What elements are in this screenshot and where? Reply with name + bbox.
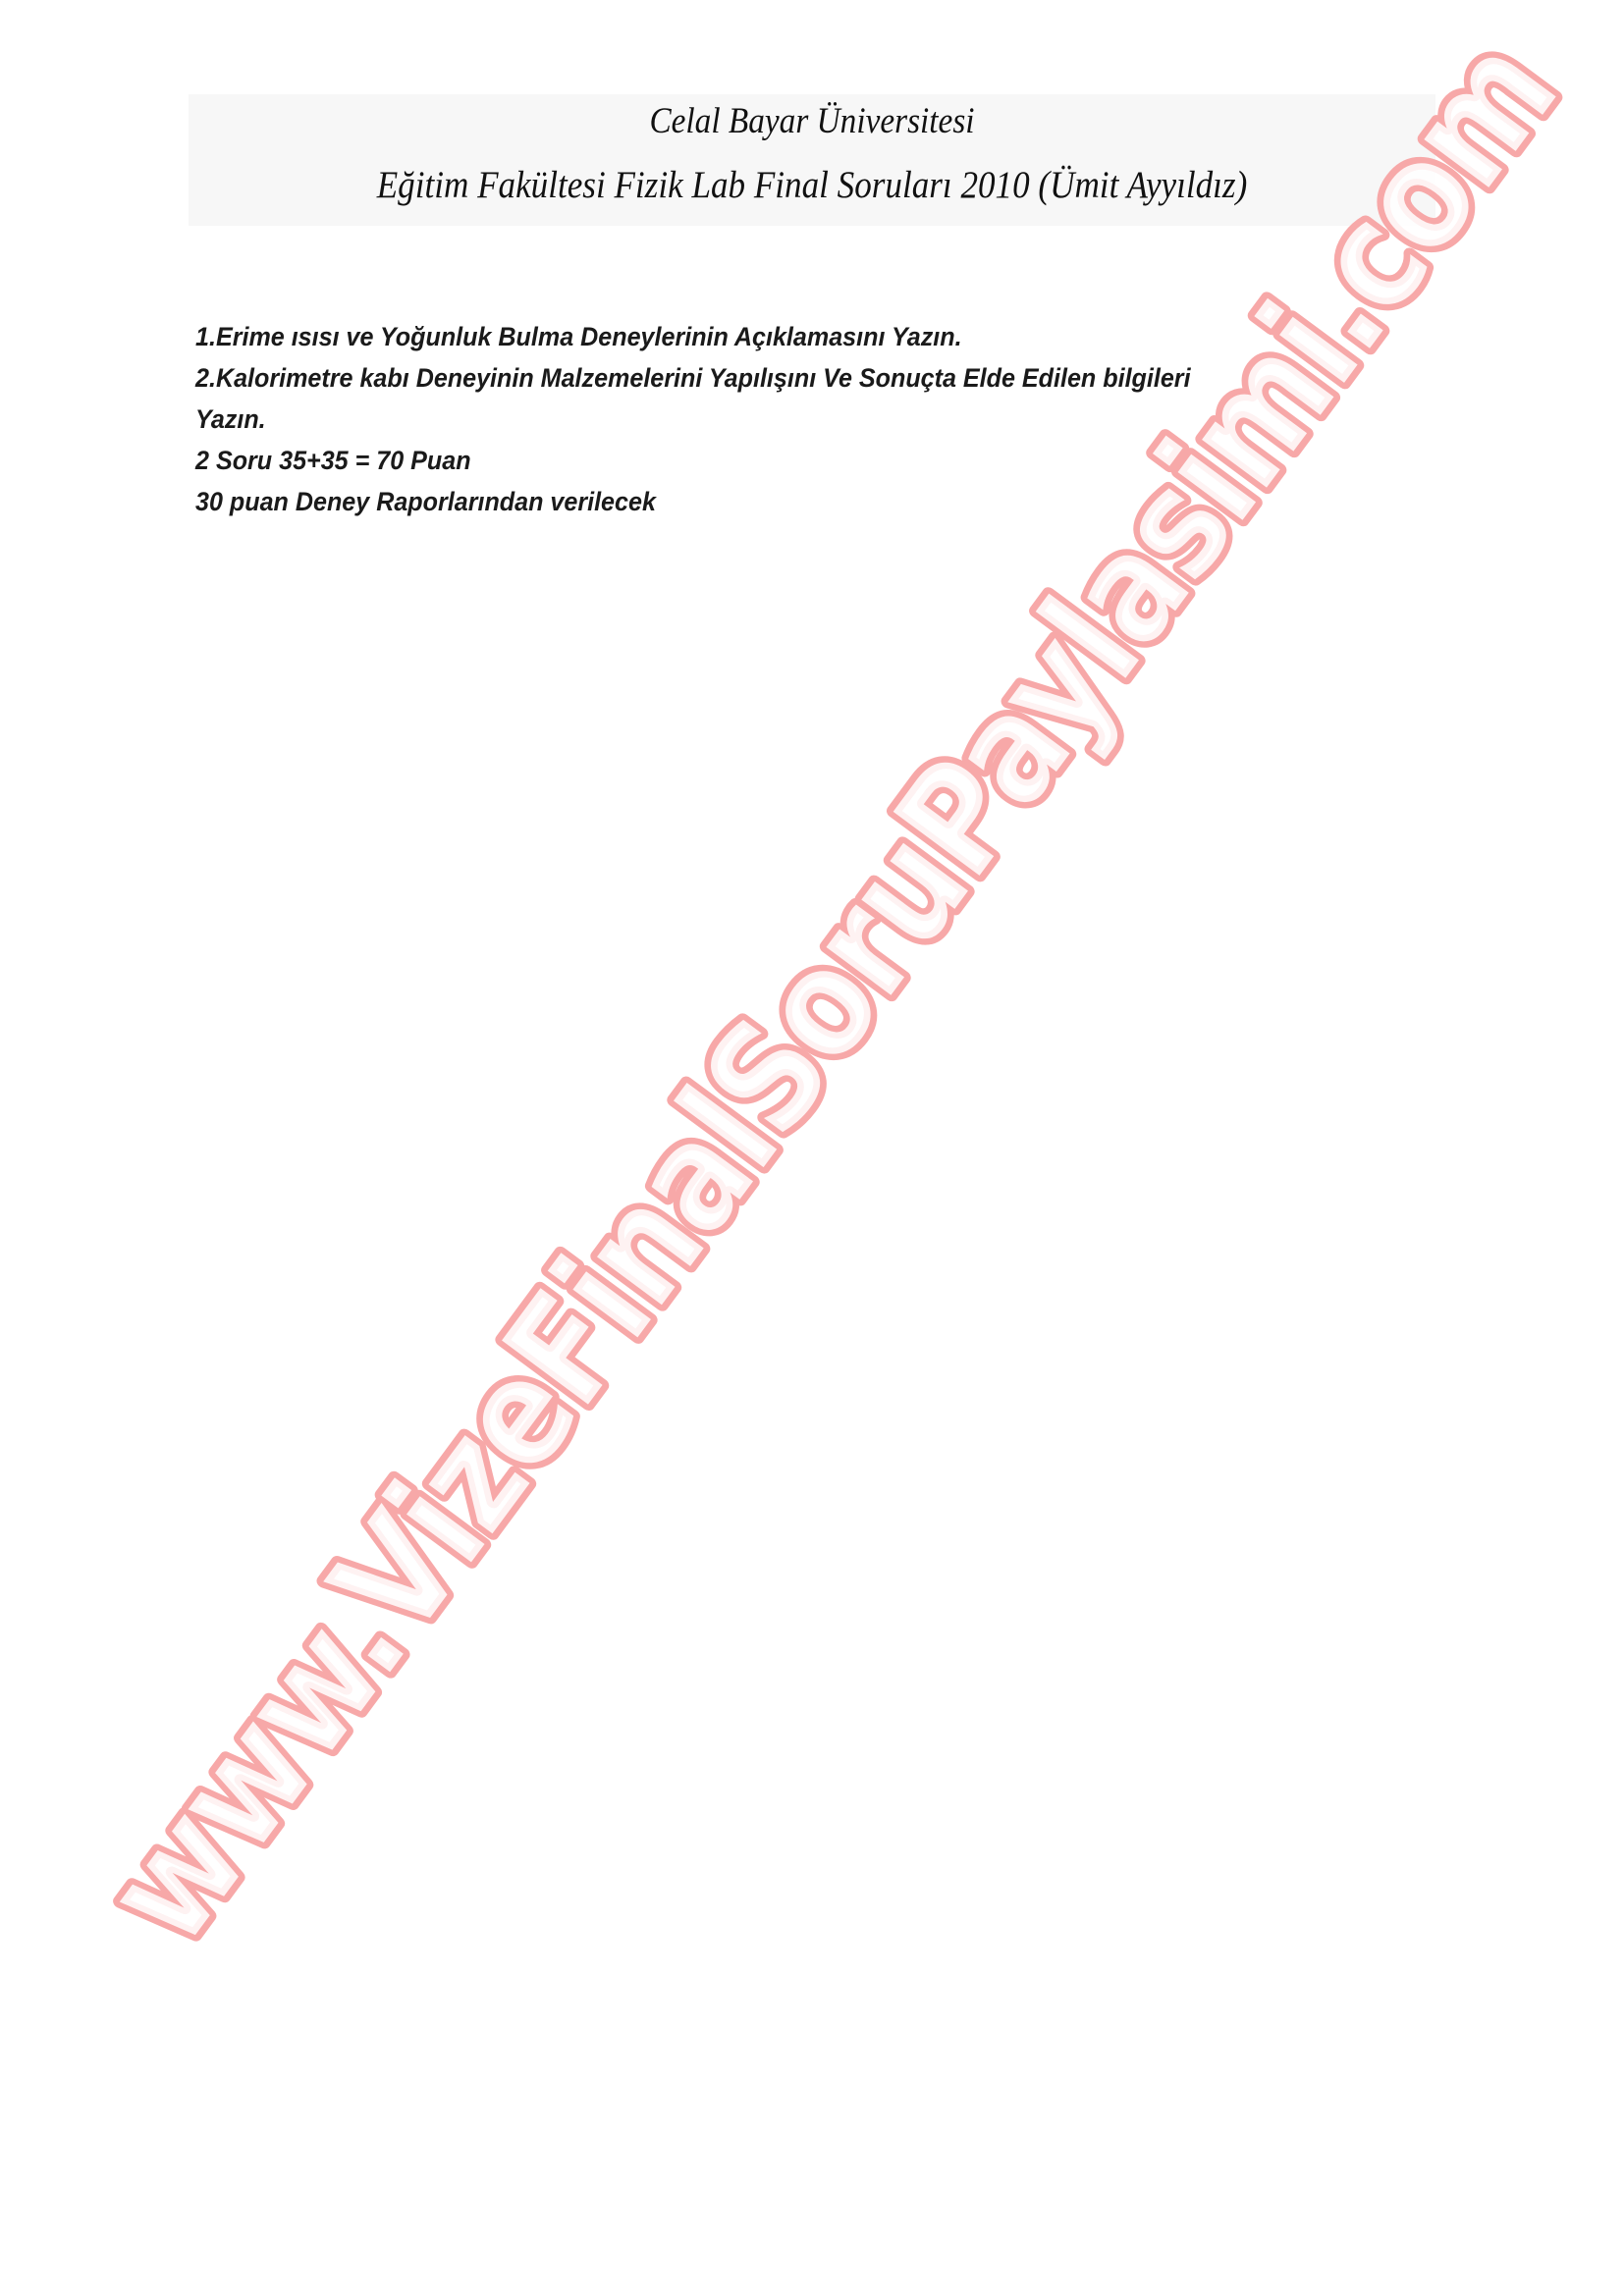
document-page: Celal Bayar Üniversitesi Eğitim Fakültes… bbox=[0, 0, 1624, 2296]
watermark-fill: www.VizeFinalSoruPaylasimi.com bbox=[73, 11, 1589, 1975]
exam-title: Eğitim Fakültesi Fizik Lab Final Sorular… bbox=[251, 163, 1374, 207]
question-2: 2.Kalorimetre kabı Deneyinin Malzemeleri… bbox=[195, 357, 1337, 399]
university-title: Celal Bayar Üniversitesi bbox=[251, 100, 1374, 142]
question-1: 1.Erime ısısı ve Yoğunluk Bulma Deneyler… bbox=[195, 316, 1337, 357]
exam-questions: 1.Erime ısısı ve Yoğunluk Bulma Deneyler… bbox=[195, 316, 1423, 522]
question-2-continued: Yazın. bbox=[195, 399, 1337, 440]
scoring-note: 2 Soru 35+35 = 70 Puan bbox=[195, 440, 1337, 481]
document-header: Celal Bayar Üniversitesi Eğitim Fakültes… bbox=[189, 94, 1435, 226]
report-points-note: 30 puan Deney Raporlarından verilecek bbox=[195, 481, 1337, 522]
watermark-outline: www.VizeFinalSoruPaylasimi.com bbox=[73, 11, 1589, 1975]
